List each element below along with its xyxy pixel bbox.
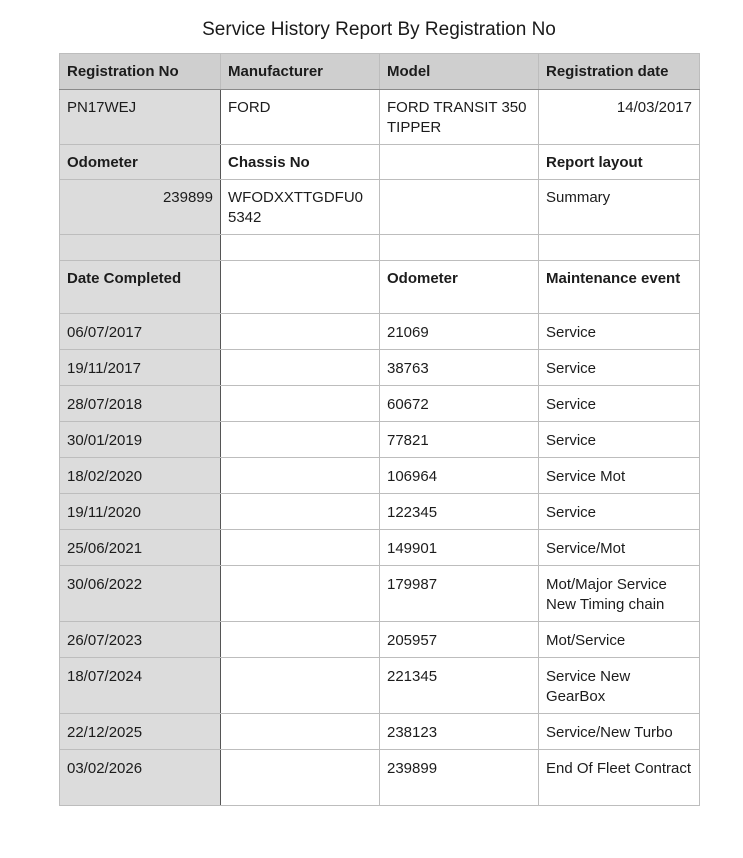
empty-cell: [60, 235, 221, 261]
odometer-cell: 77821: [380, 422, 539, 458]
history-row: 19/11/201738763Service: [60, 350, 700, 386]
registration-date-value: 14/03/2017: [539, 90, 700, 145]
model-value: FORD TRANSIT 350 TIPPER: [380, 90, 539, 145]
header-registration-no: Registration No: [60, 54, 221, 90]
vehicle-detail-row: 239899 WFODXXTTGDFU05342 Summary: [60, 180, 700, 235]
date-completed-cell: 06/07/2017: [60, 314, 221, 350]
date-completed-cell: 19/11/2017: [60, 350, 221, 386]
empty-cell: [221, 658, 380, 714]
manufacturer-value: FORD: [221, 90, 380, 145]
header-manufacturer: Manufacturer: [221, 54, 380, 90]
header-chassis-no: Chassis No: [221, 145, 380, 180]
history-rows: 06/07/201721069Service19/11/201738763Ser…: [60, 314, 700, 806]
empty-cell: [221, 386, 380, 422]
maintenance-event-cell: Mot/Service: [539, 622, 700, 658]
header-registration-date: Registration date: [539, 54, 700, 90]
service-history-table: Registration No Manufacturer Model Regis…: [59, 53, 700, 806]
registration-no-value: PN17WEJ: [60, 90, 221, 145]
odometer-cell: 60672: [380, 386, 539, 422]
odometer-cell: 106964: [380, 458, 539, 494]
empty-cell: [221, 494, 380, 530]
date-completed-cell: 30/06/2022: [60, 566, 221, 622]
empty-cell: [221, 458, 380, 494]
header-history-odometer: Odometer: [380, 261, 539, 314]
vehicle-subheader-row: Odometer Chassis No Report layout: [60, 145, 700, 180]
history-row: 30/06/2022179987Mot/Major Service New Ti…: [60, 566, 700, 622]
empty-cell: [380, 235, 539, 261]
header-model: Model: [380, 54, 539, 90]
maintenance-event-cell: Mot/Major Service New Timing chain: [539, 566, 700, 622]
history-header-row: Date Completed Odometer Maintenance even…: [60, 261, 700, 314]
odometer-cell: 238123: [380, 714, 539, 750]
maintenance-event-cell: End Of Fleet Contract: [539, 750, 700, 806]
empty-cell: [221, 714, 380, 750]
chassis-no-value: WFODXXTTGDFU05342: [221, 180, 380, 235]
date-completed-cell: 26/07/2023: [60, 622, 221, 658]
maintenance-event-cell: Service/Mot: [539, 530, 700, 566]
odometer-cell: 149901: [380, 530, 539, 566]
history-row: 25/06/2021149901Service/Mot: [60, 530, 700, 566]
maintenance-event-cell: Service New GearBox: [539, 658, 700, 714]
history-row: 18/07/2024221345Service New GearBox: [60, 658, 700, 714]
date-completed-cell: 22/12/2025: [60, 714, 221, 750]
empty-cell: [221, 235, 380, 261]
empty-cell: [221, 314, 380, 350]
odometer-cell: 239899: [380, 750, 539, 806]
empty-cell: [221, 750, 380, 806]
history-row: 26/07/2023205957Mot/Service: [60, 622, 700, 658]
date-completed-cell: 25/06/2021: [60, 530, 221, 566]
header-maintenance-event: Maintenance event: [539, 261, 700, 314]
maintenance-event-cell: Service: [539, 350, 700, 386]
history-row: 03/02/2026239899End Of Fleet Contract: [60, 750, 700, 806]
odometer-cell: 38763: [380, 350, 539, 386]
history-row: 28/07/201860672Service: [60, 386, 700, 422]
maintenance-event-cell: Service/New Turbo: [539, 714, 700, 750]
maintenance-event-cell: Service: [539, 422, 700, 458]
date-completed-cell: 03/02/2026: [60, 750, 221, 806]
date-completed-cell: 28/07/2018: [60, 386, 221, 422]
vehicle-header-row: Registration No Manufacturer Model Regis…: [60, 54, 700, 90]
odometer-cell: 179987: [380, 566, 539, 622]
date-completed-cell: 19/11/2020: [60, 494, 221, 530]
odometer-cell: 122345: [380, 494, 539, 530]
report-layout-value: Summary: [539, 180, 700, 235]
history-row: 30/01/201977821Service: [60, 422, 700, 458]
maintenance-event-cell: Service: [539, 314, 700, 350]
empty-cell: [221, 261, 380, 314]
empty-cell: [380, 145, 539, 180]
odometer-cell: 205957: [380, 622, 539, 658]
history-row: 22/12/2025238123Service/New Turbo: [60, 714, 700, 750]
empty-cell: [221, 566, 380, 622]
history-row: 18/02/2020106964Service Mot: [60, 458, 700, 494]
header-odometer: Odometer: [60, 145, 221, 180]
vehicle-info-row: PN17WEJ FORD FORD TRANSIT 350 TIPPER 14/…: [60, 90, 700, 145]
date-completed-cell: 18/07/2024: [60, 658, 221, 714]
odometer-cell: 221345: [380, 658, 539, 714]
history-row: 19/11/2020122345Service: [60, 494, 700, 530]
empty-cell: [380, 180, 539, 235]
empty-cell: [221, 422, 380, 458]
empty-cell: [221, 350, 380, 386]
header-date-completed: Date Completed: [60, 261, 221, 314]
header-report-layout: Report layout: [539, 145, 700, 180]
odometer-value: 239899: [60, 180, 221, 235]
date-completed-cell: 18/02/2020: [60, 458, 221, 494]
report-title: Service History Report By Registration N…: [0, 19, 743, 41]
empty-cell: [221, 530, 380, 566]
maintenance-event-cell: Service Mot: [539, 458, 700, 494]
empty-cell: [539, 235, 700, 261]
maintenance-event-cell: Service: [539, 494, 700, 530]
empty-cell: [221, 622, 380, 658]
odometer-cell: 21069: [380, 314, 539, 350]
maintenance-event-cell: Service: [539, 386, 700, 422]
date-completed-cell: 30/01/2019: [60, 422, 221, 458]
history-row: 06/07/201721069Service: [60, 314, 700, 350]
spacer-row: [60, 235, 700, 261]
